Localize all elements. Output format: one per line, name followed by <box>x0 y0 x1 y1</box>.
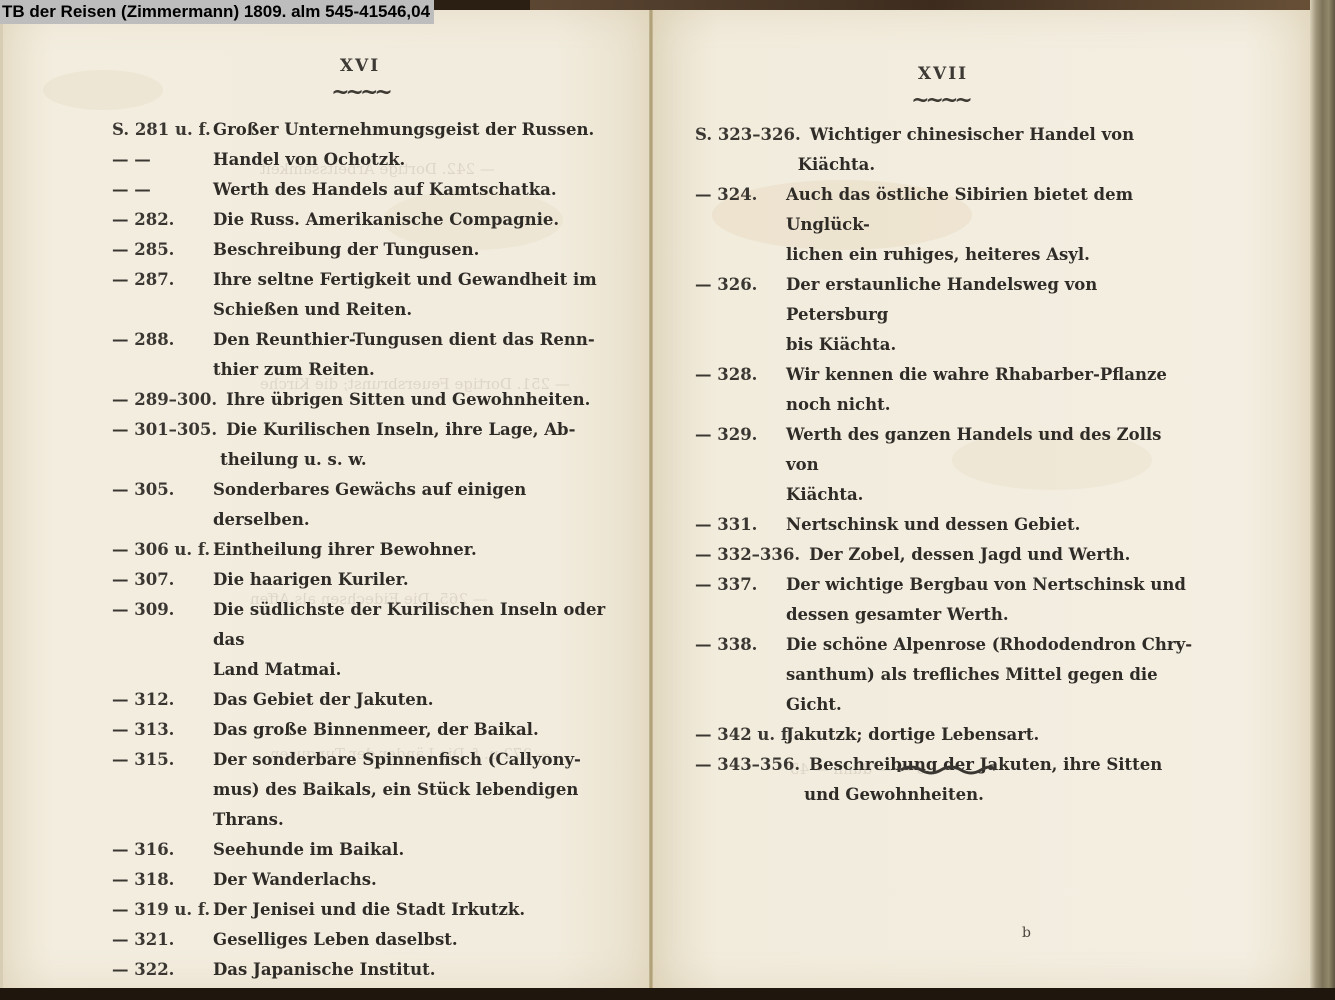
entry-text-continuation: Kiächta. <box>798 150 1195 180</box>
entry-text: Werth des Handels auf Kamtschatka. <box>213 175 607 205</box>
entry-text: Den Reunthier-Tungusen dient das Renn- <box>213 325 607 355</box>
entry-text: Die Kurilischen Inseln, ihre Lage, Ab- <box>226 415 607 445</box>
page-reference: — — <box>112 145 213 175</box>
page-reference: — 343–356. <box>695 750 809 810</box>
end-ornament <box>897 760 997 776</box>
index-entry: S. 323–326. Wichtiger chinesischer Hande… <box>695 120 1195 180</box>
entry-text-continuation: Thrans. <box>213 805 607 835</box>
page-reference: — 309. <box>112 595 213 685</box>
page-reference: — 322. <box>112 955 213 985</box>
entry-text: Das Gebiet der Jakuten. <box>213 685 607 715</box>
index-entry: — 322. Das Japanische Institut. <box>112 955 607 985</box>
index-entry: — 287. Ihre seltne Fertigkeit und Gewand… <box>112 265 607 325</box>
entry-text: Das Japanische Institut. <box>213 955 607 985</box>
index-entry: — 313. Das große Binnenmeer, der Baikal. <box>112 715 607 745</box>
entry-text: Großer Unternehmungsgeist der Russen. <box>213 115 607 145</box>
page-reference: — 285. <box>112 235 213 265</box>
page-reference: — 332–336. <box>695 540 809 570</box>
entry-text: Beschreibung der Jakuten, ihre Sitten <box>809 750 1195 780</box>
entry-text: Ihre übrigen Sitten und Gewohnheiten. <box>226 385 607 415</box>
entry-text-continuation: dessen gesamter Werth. <box>786 600 1195 630</box>
entry-text: Der erstaunliche Handelsweg von Petersbu… <box>786 270 1195 330</box>
index-entries-right: S. 323–326. Wichtiger chinesischer Hande… <box>695 120 1195 810</box>
page-reference: — 316. <box>112 835 213 865</box>
page-reference: — 315. <box>112 745 213 835</box>
index-entry: — 288. Den Reunthier-Tungusen dient das … <box>112 325 607 385</box>
index-entry: — 342 u. f. Jakutzk; dortige Lebensart. <box>695 720 1195 750</box>
index-entry: — 285. Beschreibung der Tungusen. <box>112 235 607 265</box>
entry-text: Sonderbares Gewächs auf einigen derselbe… <box>213 475 607 535</box>
page-reference: — 305. <box>112 475 213 535</box>
entry-text: Wichtiger chinesischer Handel von <box>810 120 1195 150</box>
page-reference: S. 323–326. <box>695 120 810 180</box>
entry-text: Die Russ. Amerikanische Compagnie. <box>213 205 607 235</box>
entry-text: Seehunde im Baikal. <box>213 835 607 865</box>
page-reference: — 289–300. <box>112 385 226 415</box>
entry-text-continuation: Gicht. <box>786 690 1195 720</box>
index-entry: S. 281 u. f. Großer Unternehmungsgeist d… <box>112 115 607 145</box>
index-entry: — 328. Wir kennen die wahre Rhabarber-Pf… <box>695 360 1195 420</box>
index-entry: — 307. Die haarigen Kuriler. <box>112 565 607 595</box>
page-reference: — — <box>112 175 213 205</box>
ornament-right: ~~~~ <box>880 94 1000 106</box>
index-entry: — 312. Das Gebiet der Jakuten. <box>112 685 607 715</box>
index-entry: — 329. Werth des ganzen Handels und des … <box>695 420 1195 510</box>
image-caption: TB der Reisen (Zimmermann) 1809. alm 545… <box>0 0 434 24</box>
index-entry: — 306 u. f. Eintheilung ihrer Bewohner. <box>112 535 607 565</box>
index-entry: — 326. Der erstaunliche Handelsweg von P… <box>695 270 1195 360</box>
entry-text: Der Wanderlachs. <box>213 865 607 895</box>
page-reference: — 324. <box>695 180 786 270</box>
page-reference: — 337. <box>695 570 786 630</box>
entry-text: Eintheilung ihrer Bewohner. <box>213 535 607 565</box>
index-entry: — — Handel von Ochotzk. <box>112 145 607 175</box>
page-reference: — 287. <box>112 265 213 325</box>
page-reference: S. 281 u. f. <box>112 115 213 145</box>
index-entry: — 316. Seehunde im Baikal. <box>112 835 607 865</box>
entry-text: Die haarigen Kuriler. <box>213 565 607 595</box>
index-entry: — 332–336. Der Zobel, dessen Jagd und We… <box>695 540 1195 570</box>
entry-text: Die südlichste der Kurilischen Inseln od… <box>213 595 607 655</box>
entry-text: Der Jenisei und die Stadt Irkutzk. <box>213 895 607 925</box>
page-reference: — 321. <box>112 925 213 955</box>
page-reference: — 331. <box>695 510 786 540</box>
entry-text-continuation: und Gewohnheiten. <box>804 780 1195 810</box>
entry-text: Beschreibung der Tungusen. <box>213 235 607 265</box>
entry-text: Ihre seltne Fertigkeit und Gewandheit im <box>213 265 607 295</box>
entry-text-continuation: bis Kiächta. <box>786 330 1195 360</box>
page-reference: — 328. <box>695 360 786 420</box>
index-entry: — 289–300. Ihre übrigen Sitten und Gewoh… <box>112 385 607 415</box>
index-entry: — 318. Der Wanderlachs. <box>112 865 607 895</box>
entry-text-continuation: mus) des Baikals, ein Stück lebendigen <box>213 775 607 805</box>
page-reference: — 313. <box>112 715 213 745</box>
entry-text-continuation: lichen ein ruhiges, heiteres Asyl. <box>786 240 1195 270</box>
entry-text-continuation: Schießen und Reiten. <box>213 295 607 325</box>
entry-text: Werth des ganzen Handels und des Zolls v… <box>786 420 1195 480</box>
entry-text-continuation: thier zum Reiten. <box>213 355 607 385</box>
entry-text: Wir kennen die wahre Rhabarber-Pflanze <box>786 360 1195 390</box>
entry-text-continuation: Land Matmai. <box>213 655 607 685</box>
page-reference: — 288. <box>112 325 213 385</box>
entry-text: Das große Binnenmeer, der Baikal. <box>213 715 607 745</box>
index-entry: — — Werth des Handels auf Kamtschatka. <box>112 175 607 205</box>
book-gutter <box>649 10 653 990</box>
index-entry: — 321. Geselliges Leben daselbst. <box>112 925 607 955</box>
entry-text: Der sonderbare Spinnenfisch (Callyony- <box>213 745 607 775</box>
index-entry: — 301–305. Die Kurilischen Inseln, ihre … <box>112 415 607 475</box>
index-entry: — 305. Sonderbares Gewächs auf einigen d… <box>112 475 607 535</box>
page-number-left: XVI <box>310 56 410 76</box>
page-reference: — 326. <box>695 270 786 360</box>
page-reference: — 312. <box>112 685 213 715</box>
index-entries-left: S. 281 u. f. Großer Unternehmungsgeist d… <box>112 115 607 985</box>
page-reference: — 319 u. f. <box>112 895 213 925</box>
index-entry: — 319 u. f. Der Jenisei und die Stadt Ir… <box>112 895 607 925</box>
book-cover-bottom-edge <box>0 988 1335 1000</box>
book-cover-top-edge <box>530 0 1335 10</box>
entry-text-continuation: noch nicht. <box>786 390 1195 420</box>
page-reference: — 318. <box>112 865 213 895</box>
entry-text: Die schöne Alpenrose (Rhododendron Chry- <box>786 630 1195 660</box>
page-reference: — 338. <box>695 630 786 720</box>
index-entry: — 309. Die südlichste der Kurilischen In… <box>112 595 607 685</box>
page-reference: — 306 u. f. <box>112 535 213 565</box>
page-reference: — 342 u. f. <box>695 720 786 750</box>
page-reference: — 329. <box>695 420 786 510</box>
index-entry: — 324. Auch das östliche Sibirien bietet… <box>695 180 1195 270</box>
page-reference: — 282. <box>112 205 213 235</box>
index-entry: — 331. Nertschinsk und dessen Gebiet. <box>695 510 1195 540</box>
index-entry: — 282. Die Russ. Amerikanische Compagnie… <box>112 205 607 235</box>
index-entry: — 315. Der sonderbare Spinnenfisch (Call… <box>112 745 607 835</box>
index-entry: — 337. Der wichtige Bergbau von Nertschi… <box>695 570 1195 630</box>
entry-text-continuation: Kiächta. <box>786 480 1195 510</box>
entry-text-continuation: theilung u. s. w. <box>128 445 607 475</box>
entry-text: Geselliges Leben daselbst. <box>213 925 607 955</box>
entry-text: Der Zobel, dessen Jagd und Werth. <box>809 540 1195 570</box>
entry-text-continuation: santhum) als trefliches Mittel gegen die <box>786 660 1195 690</box>
page-reference: — 307. <box>112 565 213 595</box>
page-edges <box>1310 0 1335 1000</box>
entry-text: Nertschinsk und dessen Gebiet. <box>786 510 1195 540</box>
entry-text: Auch das östliche Sibirien bietet dem Un… <box>786 180 1195 240</box>
signature-mark: b <box>1022 925 1031 941</box>
entry-text: Der wichtige Bergbau von Nertschinsk und <box>786 570 1195 600</box>
entry-text: Jakutzk; dortige Lebensart. <box>786 720 1195 750</box>
ornament-left: ~~~~ <box>300 86 420 98</box>
page-number-right: XVII <box>893 64 993 84</box>
entry-text: Handel von Ochotzk. <box>213 145 607 175</box>
index-entry: — 343–356. Beschreibung der Jakuten, ihr… <box>695 750 1195 810</box>
index-entry: — 338. Die schöne Alpenrose (Rhododendro… <box>695 630 1195 720</box>
